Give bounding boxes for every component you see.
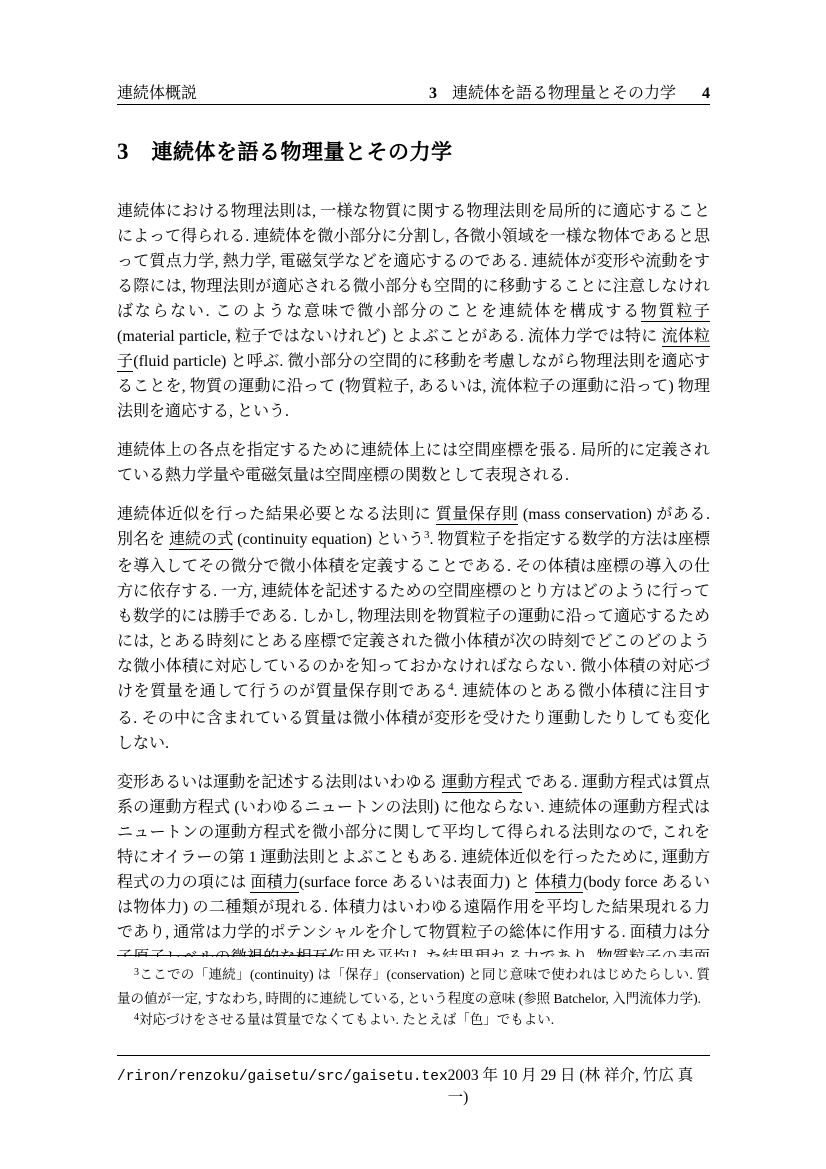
footer-row: /riron/renzoku/gaisetu/src/gaisetu.tex 2… <box>117 1063 710 1107</box>
text-segment: 対応づけをさせる量は質量でなくてもよい. たとえば「色」でもよい. <box>139 1012 554 1027</box>
paragraph-material-particle: 連続体における物理法則は, 一様な物質に関する物理法則を局所的に適応することによ… <box>117 199 710 424</box>
section-heading: 3 連続体を語る物理量とその力学 <box>117 136 453 166</box>
text-segment: (material particle, 粒子ではないけれど) とよぶことがある.… <box>117 328 662 345</box>
page-header: 連続体概説 3 連続体を語る物理量とその力学 4 <box>117 80 710 103</box>
footer-source-path: /riron/renzoku/gaisetu/src/gaisetu.tex <box>117 1069 448 1085</box>
header-section-number: 3 <box>429 85 437 103</box>
footnote-marker: 4 <box>448 681 454 693</box>
paragraph-equation-of-motion: 変形あるいは運動を記述する法則はいわゆる 運動方程式 である. 運動方程式は質点… <box>117 770 710 957</box>
header-page-number: 4 <box>702 85 710 103</box>
footnote-rule <box>117 955 333 956</box>
text-segment: 連続体上の各点を指定するために連続体上には空間座標を張る. 局所的に定義されてい… <box>117 442 710 484</box>
text-segment: (surface force あるいは表面力) と <box>299 874 535 891</box>
footnote-marker: 3 <box>424 529 430 541</box>
header-rule <box>117 104 710 105</box>
footnote-marker: 3 <box>134 967 139 978</box>
text-segment: (continuity equation) という <box>233 531 424 548</box>
page-footer: /riron/renzoku/gaisetu/src/gaisetu.tex 2… <box>117 1055 710 1107</box>
text-segment: 変形あるいは運動を記述する法則はいわゆる <box>117 774 442 791</box>
underlined-term: 運動方程式 <box>442 774 522 793</box>
header-doc-title: 連続体概説 <box>117 80 197 103</box>
underlined-term: 連続の式 <box>169 531 233 550</box>
body-text: 連続体における物理法則は, 一様な物質に関する物理法則を局所的に適応することによ… <box>117 199 710 957</box>
text-segment: . 物質粒子を指定する数学的方法は座標を導入してその微分で微小体積を定義すること… <box>117 531 710 700</box>
underlined-term: 物質粒子 <box>641 303 710 322</box>
underlined-term: 面積力 <box>250 874 299 893</box>
header-section-ref: 3 連続体を語る物理量とその力学 4 <box>429 80 710 103</box>
footnotes: 3ここでの「連続」(continuity) は「保存」(conservation… <box>117 955 710 1033</box>
document-page: 連続体概説 3 連続体を語る物理量とその力学 4 3 連続体を語る物理量とその力… <box>0 0 826 1169</box>
header-section-title: 連続体を語る物理量とその力学 <box>452 80 676 103</box>
underlined-term: 体積力 <box>535 874 584 893</box>
paragraph-mass-conservation: 連続体近似を行った結果必要となる法則に 質量保存則 (mass conserva… <box>117 502 710 756</box>
underlined-term: 質量保存則 <box>436 506 519 525</box>
text-segment: ここでの「連続」(continuity) は「保存」(conservation)… <box>117 967 710 1006</box>
footer-date-authors: 2003 年 10 月 29 日 (林 祥介, 竹広 真一) <box>448 1063 710 1107</box>
footer-rule <box>117 1055 710 1056</box>
section-title: 連続体を語る物理量とその力学 <box>152 136 453 166</box>
footnote-4: 4対応づけをさせる量は質量でなくてもよい. たとえば「色」でもよい. <box>117 1009 710 1033</box>
text-segment: 連続体における物理法則は, 一様な物質に関する物理法則を局所的に適応することによ… <box>117 203 710 320</box>
footnote-3: 3ここでの「連続」(continuity) は「保存」(conservation… <box>117 964 710 1009</box>
text-segment: (fluid particle) と呼ぶ. 微小部分の空間的に移動を考慮しながら… <box>117 353 710 420</box>
paragraph-spatial-coordinates: 連続体上の各点を指定するために連続体上には空間座標を張る. 局所的に定義されてい… <box>117 438 710 488</box>
footnote-marker: 4 <box>134 1012 139 1023</box>
text-segment: 連続体近似を行った結果必要となる法則に <box>117 506 436 523</box>
section-number: 3 <box>117 139 129 165</box>
